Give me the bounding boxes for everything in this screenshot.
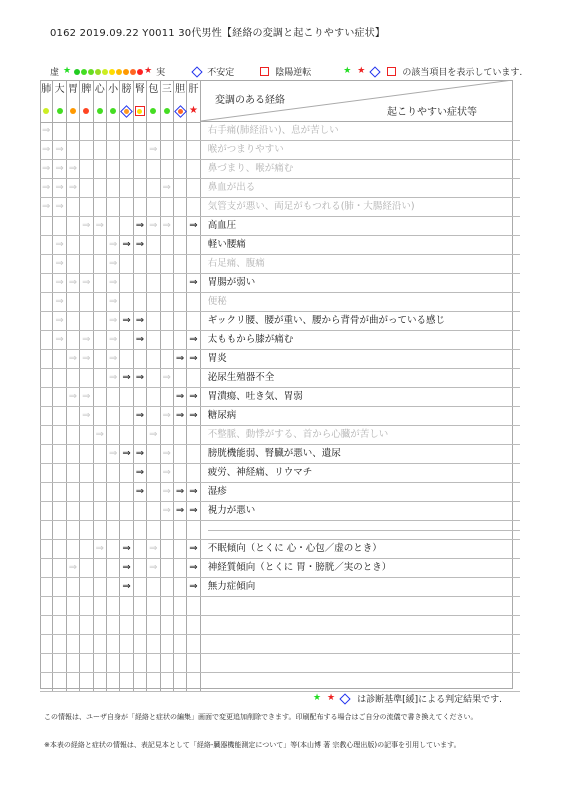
arrow-icon: ⇒ [80, 350, 93, 368]
unstable-label: 不安定 [207, 65, 234, 78]
meridian-cell [161, 616, 174, 634]
table-row: ⇒右手痛(肺経沿い)、息が苦しい [40, 122, 520, 141]
symptom-text [201, 597, 520, 615]
table-row [40, 673, 520, 692]
meridian-cell [147, 179, 160, 197]
arrow-icon: ⇒ [40, 160, 53, 178]
meridian-header-3: 脾 [80, 80, 93, 100]
symptom-text: 疲労、神経痛、リウマチ [201, 464, 520, 482]
meridian-cell [174, 635, 187, 653]
meridian-cell [147, 312, 160, 330]
meridian-cell [40, 597, 53, 615]
symptom-text: 泌尿生殖器不全 [201, 369, 520, 387]
meridian-cell [174, 426, 187, 444]
meridian-cell [40, 312, 53, 330]
meridian-cell [80, 141, 93, 159]
meridian-cell [161, 236, 174, 254]
meridian-cell [94, 483, 107, 501]
meridian-cell [161, 122, 174, 140]
table-row: ⇒⇒⇒⇒⇒糖尿病 [40, 407, 520, 426]
meridian-cell [134, 654, 147, 672]
meridian-cell [80, 255, 93, 273]
meridian-cell [94, 179, 107, 197]
meridian-cell [107, 407, 120, 425]
meridian-cell [67, 407, 80, 425]
meridian-cell [161, 654, 174, 672]
meridian-cell [94, 274, 107, 292]
meridian-cell [187, 122, 200, 140]
meridian-cell [147, 635, 160, 653]
meridian-header-4: 心 [94, 80, 107, 100]
meridian-cell [147, 388, 160, 406]
meridian-cell [161, 559, 174, 577]
meridian-cell [174, 464, 187, 482]
arrow-icon: ⇒ [120, 578, 133, 596]
meridian-cell [147, 255, 160, 273]
meridian-cell [187, 673, 200, 691]
meridian-cell [67, 236, 80, 254]
meridian-cell [120, 274, 133, 292]
table-row: ⇒⇒⇒⇒神経質傾向（とくに 胃・膀胱／実のとき） [40, 559, 520, 578]
meridian-cell [53, 388, 66, 406]
arrow-icon: ⇒ [120, 236, 133, 254]
arrow-icon: ⇒ [53, 274, 66, 292]
meridian-cell [187, 198, 200, 216]
arrow-icon: ⇒ [53, 160, 66, 178]
arrow-icon: ⇒ [53, 331, 66, 349]
status-dot-icon [43, 108, 49, 114]
meridian-status-5 [107, 100, 120, 122]
meridian-cell [161, 426, 174, 444]
status-dot-icon [83, 108, 89, 114]
meridian-cell [134, 559, 147, 577]
meridian-cell [53, 217, 66, 235]
meridian-cell [174, 331, 187, 349]
meridian-cell [94, 578, 107, 596]
meridian-cell [107, 654, 120, 672]
meridian-cell [147, 673, 160, 691]
blue-diamond-icon [370, 66, 381, 77]
red-square-icon [260, 67, 269, 76]
meridian-cell [67, 464, 80, 482]
meridian-status-3 [80, 100, 93, 122]
status-dot-icon [70, 108, 76, 114]
meridian-cell [174, 312, 187, 330]
arrow-icon: ⇒ [134, 483, 147, 501]
symptom-text: 気管支が悪い、両足がもつれる(肺・大腸経沿い) [201, 198, 520, 216]
meridian-header-9: 三 [161, 80, 174, 100]
meridian-cell [174, 217, 187, 235]
meridian-header-1: 大 [53, 80, 66, 100]
criteria-note: ★ ★ は診断基準[緩]による判定結果です. [313, 692, 502, 705]
meridian-cell [80, 616, 93, 634]
meridian-header-7: 腎 [134, 80, 147, 100]
red-star-icon: ★ [357, 67, 365, 76]
meridian-cell [40, 616, 53, 634]
meridian-cell [134, 179, 147, 197]
meridian-header-0: 肺 [40, 80, 53, 100]
meridian-status-row: ★ [40, 100, 201, 122]
meridian-cell [174, 141, 187, 159]
meridian-header-11: 肝 [187, 80, 200, 100]
meridian-cell [94, 293, 107, 311]
meridian-cell [107, 198, 120, 216]
meridian-cell [187, 179, 200, 197]
symptom-text: 視力が悪い [201, 502, 520, 520]
meridian-cell [40, 673, 53, 691]
meridian-cell [67, 483, 80, 501]
meridian-cell [174, 255, 187, 273]
meridian-cell [120, 141, 133, 159]
meridian-cell [147, 483, 160, 501]
meridian-cell [161, 293, 174, 311]
meridian-cell [120, 483, 133, 501]
unstable-diamond-icon [174, 105, 186, 117]
meridian-cell [94, 369, 107, 387]
meridian-cell [147, 654, 160, 672]
meridian-cell [40, 635, 53, 653]
symptom-text: 右手痛(肺経沿い)、息が苦しい [201, 122, 520, 140]
meridian-header-10: 胆 [174, 80, 187, 100]
arrow-icon: ⇒ [40, 122, 53, 140]
meridian-cell [187, 255, 200, 273]
meridian-cell [53, 407, 66, 425]
table-row: ⇒⇒⇒喉がつまりやすい [40, 141, 520, 160]
meridian-cell [147, 331, 160, 349]
meridian-cell [40, 654, 53, 672]
table-row [40, 597, 520, 616]
red-star-icon: ★ [327, 694, 335, 703]
meridian-cell [80, 464, 93, 482]
meridian-cell [53, 369, 66, 387]
arrow-icon: ⇒ [67, 388, 80, 406]
meridian-cell [94, 331, 107, 349]
meridian-cell [40, 274, 53, 292]
meridian-cell [134, 426, 147, 444]
meridian-cell [53, 540, 66, 558]
arrow-icon: ⇒ [94, 426, 107, 444]
meridian-cell [40, 331, 53, 349]
meridian-cell [107, 673, 120, 691]
meridian-cell [120, 616, 133, 634]
meridian-cell [107, 388, 120, 406]
meridian-cell [147, 521, 160, 539]
symptom-text: 右足痛、腹痛 [201, 255, 520, 273]
meridian-cell [67, 502, 80, 520]
meridian-cell [107, 217, 120, 235]
meridian-cell [94, 635, 107, 653]
meridian-cell [40, 369, 53, 387]
arrow-icon: ⇒ [161, 179, 174, 197]
arrow-icon: ⇒ [134, 331, 147, 349]
arrow-icon: ⇒ [80, 407, 93, 425]
meridian-cell [120, 502, 133, 520]
gradient-dot-icon [95, 69, 101, 75]
meridian-cell [53, 578, 66, 596]
arrow-icon: ⇒ [147, 540, 160, 558]
meridian-cell [187, 464, 200, 482]
meridian-cell [161, 198, 174, 216]
meridian-cell [174, 597, 187, 615]
arrow-icon: ⇒ [67, 274, 80, 292]
meridian-cell [107, 483, 120, 501]
table-row [40, 635, 520, 654]
meridian-cell [120, 388, 133, 406]
status-dot-icon [150, 108, 156, 114]
meridian-status-0 [40, 100, 53, 122]
arrow-icon: ⇒ [161, 502, 174, 520]
blue-diamond-icon [339, 693, 350, 704]
meridian-cell [107, 540, 120, 558]
meridian-cell [134, 616, 147, 634]
arrow-icon: ⇒ [161, 407, 174, 425]
arrow-icon: ⇒ [161, 369, 174, 387]
arrow-icon: ⇒ [40, 179, 53, 197]
symptom-text: 胃炎 [201, 350, 520, 368]
meridian-cell [174, 521, 187, 539]
table-row: ⇒⇒⇒⇒湿疹 [40, 483, 520, 502]
arrow-icon: ⇒ [161, 445, 174, 463]
arrow-icon: ⇒ [134, 445, 147, 463]
meridian-cell [53, 597, 66, 615]
meridian-cell [174, 198, 187, 216]
legend-yinyang: 陰陽逆転 [256, 65, 311, 78]
meridian-cell [53, 464, 66, 482]
meridian-cell [80, 521, 93, 539]
meridian-cell [107, 179, 120, 197]
meridian-cell [134, 255, 147, 273]
gradient-dot-icon [116, 69, 122, 75]
meridian-cell [147, 236, 160, 254]
arrow-icon: ⇒ [107, 331, 120, 349]
meridian-cell [147, 597, 160, 615]
meridian-cell [187, 654, 200, 672]
meridian-cell [174, 540, 187, 558]
arrow-icon: ⇒ [107, 445, 120, 463]
meridian-cell [187, 141, 200, 159]
arrow-icon: ⇒ [134, 407, 147, 425]
meridian-status-11: ★ [187, 100, 200, 122]
arrow-icon: ⇒ [67, 179, 80, 197]
arrow-icon: ⇒ [174, 350, 187, 368]
arrow-icon: ⇒ [187, 331, 200, 349]
green-star-icon: ★ [343, 67, 351, 76]
meridian-cell [94, 673, 107, 691]
meridian-cell [80, 198, 93, 216]
blue-diamond-icon [192, 66, 203, 77]
meridian-cell [174, 654, 187, 672]
meridian-cell [80, 236, 93, 254]
meridian-header-5: 小 [107, 80, 120, 100]
meridian-status-6 [120, 100, 133, 122]
symptom-header: 変調のある経絡 起こりやすい症状等 [201, 80, 513, 122]
symptom-text [201, 654, 520, 672]
table-row: ⇒⇒⇒⇒ギックリ腰、腰が重い、腰から背骨が曲がっている感じ [40, 312, 520, 331]
symptom-text: 軽い腰痛 [201, 236, 520, 254]
gradient-dot-icon [130, 69, 136, 75]
meridian-cell [120, 293, 133, 311]
symptom-text: 胃潰瘍、吐き気、胃弱 [201, 388, 520, 406]
meridian-cell [174, 578, 187, 596]
status-dot-icon [57, 108, 63, 114]
table-row: ⇒⇒⇒⇒泌尿生殖器不全 [40, 369, 520, 388]
meridian-cell [161, 673, 174, 691]
arrow-icon: ⇒ [187, 540, 200, 558]
arrow-icon: ⇒ [120, 312, 133, 330]
arrow-icon: ⇒ [120, 369, 133, 387]
meridian-cell [147, 445, 160, 463]
meridian-cell [80, 654, 93, 672]
meridian-cell [161, 255, 174, 273]
meridian-cell [53, 635, 66, 653]
criteria-note-text: は診断基準[緩]による判定結果です. [357, 692, 502, 705]
meridian-status-7 [134, 100, 147, 122]
meridian-cell [40, 255, 53, 273]
meridian-cell [120, 673, 133, 691]
meridian-cell [53, 445, 66, 463]
meridian-cell [53, 673, 66, 691]
gradient-dot-icon [81, 69, 87, 75]
symptom-text [201, 616, 520, 634]
arrow-icon: ⇒ [67, 350, 80, 368]
symptom-text: ギックリ腰、腰が重い、腰から背骨が曲がっている感じ [201, 312, 520, 330]
meridian-cell [147, 293, 160, 311]
meridian-status-8 [147, 100, 160, 122]
table-row: ⇒⇒疲労、神経痛、リウマチ [40, 464, 520, 483]
table-row: ⇒⇒気管支が悪い、両足がもつれる(肺・大腸経沿い) [40, 198, 520, 217]
arrow-icon: ⇒ [107, 255, 120, 273]
meridian-status-10 [174, 100, 187, 122]
arrow-icon: ⇒ [134, 464, 147, 482]
meridian-cell [80, 673, 93, 691]
arrow-icon: ⇒ [187, 559, 200, 577]
gradient-dot-icon [102, 69, 108, 75]
status-dot-icon [110, 108, 116, 114]
meridian-cell [187, 426, 200, 444]
table-row [40, 521, 520, 540]
meridian-cell [80, 122, 93, 140]
meridian-cell [94, 255, 107, 273]
meridian-cell [147, 407, 160, 425]
meridian-cell [94, 502, 107, 520]
meridian-cell [40, 236, 53, 254]
meridian-cell [67, 578, 80, 596]
arrow-icon: ⇒ [134, 312, 147, 330]
meridian-cell [67, 597, 80, 615]
meridian-cell [80, 578, 93, 596]
yinyang-square-icon [135, 106, 145, 116]
table-row: ⇒⇒不整脈、動悸がする、首から心臓が苦しい [40, 426, 520, 445]
yinyang-label: 陰陽逆転 [275, 65, 311, 78]
meridian-cell [94, 312, 107, 330]
meridian-cell [107, 464, 120, 482]
meridian-cell [134, 274, 147, 292]
header-meridian-label: 変調のある経絡 [215, 91, 285, 106]
meridian-cell [40, 445, 53, 463]
arrow-icon: ⇒ [53, 312, 66, 330]
arrow-icon: ⇒ [80, 388, 93, 406]
meridian-cell [53, 122, 66, 140]
meridian-status-2 [67, 100, 80, 122]
arrow-icon: ⇒ [80, 217, 93, 235]
meridian-cell [107, 559, 120, 577]
meridian-cell [147, 369, 160, 387]
meridian-cell [94, 407, 107, 425]
arrow-icon: ⇒ [107, 274, 120, 292]
table-row: ⇒⇒⇒⇒軽い腰痛 [40, 236, 520, 255]
arrow-icon: ⇒ [107, 293, 120, 311]
meridian-cell [147, 502, 160, 520]
symptom-text: 膀胱機能弱、腎臓が悪い、遺尿 [201, 445, 520, 463]
gradient-dot-icon [88, 69, 94, 75]
meridian-cell [40, 293, 53, 311]
legend-scale: 虚 ★ ★ 実 [50, 65, 165, 78]
meridian-cell [94, 350, 107, 368]
meridian-cell [53, 616, 66, 634]
meridian-cell [187, 160, 200, 178]
meridian-cell [94, 616, 107, 634]
meridian-cell [67, 293, 80, 311]
meridian-cell [134, 293, 147, 311]
arrow-icon: ⇒ [80, 331, 93, 349]
arrow-icon: ⇒ [134, 236, 147, 254]
arrow-icon: ⇒ [67, 160, 80, 178]
meridian-cell [147, 198, 160, 216]
table-row: ⇒⇒便秘 [40, 293, 520, 312]
meridian-cell [94, 597, 107, 615]
meridian-cell [40, 426, 53, 444]
arrow-icon: ⇒ [40, 198, 53, 216]
meridian-cell [40, 559, 53, 577]
meridian-cell [147, 160, 160, 178]
meridian-cell [67, 312, 80, 330]
meridian-cell [53, 426, 66, 444]
arrow-icon: ⇒ [134, 217, 147, 235]
header-symptom-label: 起こりやすい症状等 [387, 103, 477, 118]
legend-unstable: 不安定 [189, 65, 234, 78]
meridian-cell [147, 616, 160, 634]
gradient-dot-icon [109, 69, 115, 75]
meridian-cell [80, 559, 93, 577]
meridian-cell [120, 160, 133, 178]
meridian-cell [120, 350, 133, 368]
symptom-text: 不眠傾向（とくに 心・心包／虚のとき） [201, 540, 520, 558]
green-star-icon: ★ [63, 67, 71, 76]
arrow-icon: ⇒ [80, 274, 93, 292]
meridian-cell [107, 160, 120, 178]
meridian-cell [67, 255, 80, 273]
arrow-icon: ⇒ [53, 141, 66, 159]
meridian-cell [120, 597, 133, 615]
table-row: ⇒⇒⇒鼻づまり、喉が痛む [40, 160, 520, 179]
meridian-cell [187, 369, 200, 387]
meridian-cell [80, 179, 93, 197]
arrow-icon: ⇒ [174, 407, 187, 425]
gradient-dot-icon [137, 69, 143, 75]
symptom-text: 無力症傾向 [201, 578, 520, 596]
meridian-cell [187, 293, 200, 311]
arrow-icon: ⇒ [40, 141, 53, 159]
meridian-cell [187, 445, 200, 463]
arrow-icon: ⇒ [187, 388, 200, 406]
meridian-cell [134, 673, 147, 691]
meridian-cell [53, 521, 66, 539]
meridian-cell [120, 179, 133, 197]
arrow-icon: ⇒ [187, 274, 200, 292]
meridian-cell [147, 578, 160, 596]
arrow-icon: ⇒ [187, 217, 200, 235]
meridian-cell [134, 198, 147, 216]
